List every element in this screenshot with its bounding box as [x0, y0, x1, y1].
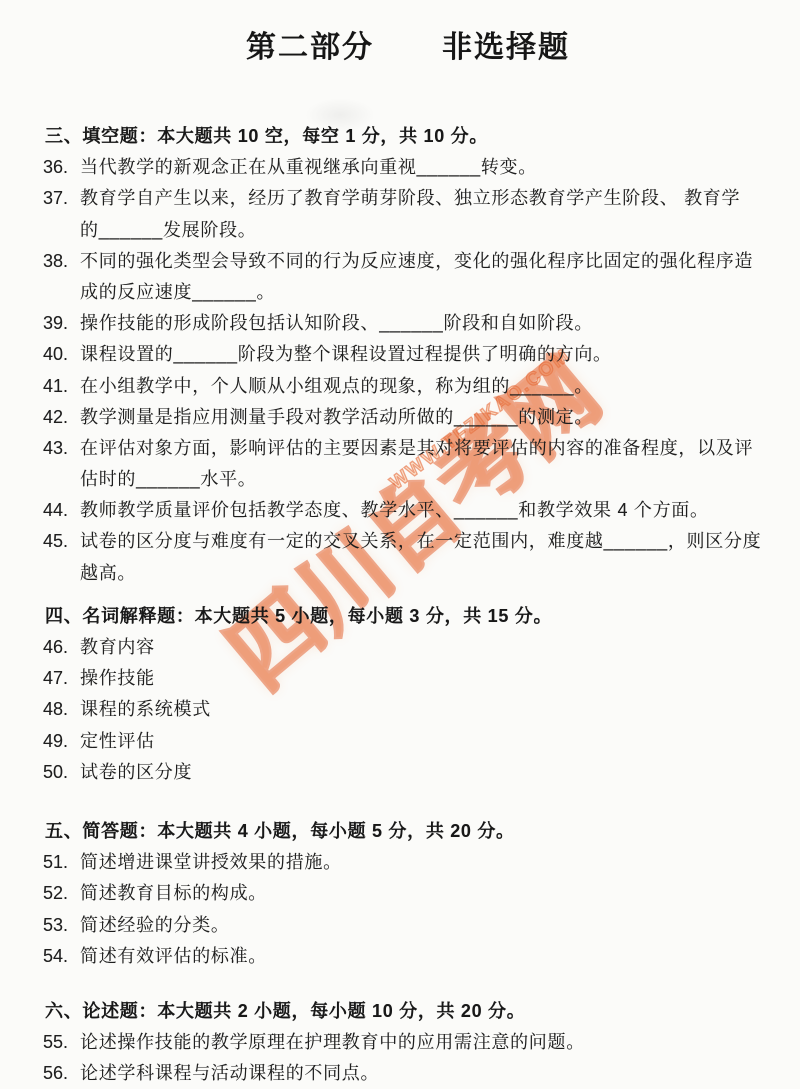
question-line: 论述操作技能的教学原理在护理教育中的应用需注意的问题。: [80, 1027, 800, 1058]
question-line: 操作技能的形成阶段包括认知阶段、______阶段和自如阶段。: [80, 308, 800, 339]
question-number: 48.: [43, 694, 68, 725]
question-line: 在评估对象方面，影响评估的主要因素是其对将要评估的内容的准备程度，以及评: [80, 433, 800, 464]
question-number: 44.: [43, 495, 68, 526]
question-number: 37.: [43, 183, 68, 214]
question-lines: 定性评估: [80, 726, 800, 757]
question-lines: 在小组教学中，个人顺从小组观点的现象，称为组的______。: [80, 371, 800, 402]
question-line: 教育学自产生以来，经历了教育学萌芽阶段、独立形态教育学产生阶段、 教育学: [80, 183, 800, 214]
question-line: 试卷的区分度与难度有一定的交叉关系，在一定范围内，难度越______，则区分度: [80, 526, 800, 557]
question-line: 简述经验的分类。: [80, 910, 800, 941]
question-number: 49.: [43, 726, 68, 757]
question-lines: 不同的强化类型会导致不同的行为反应速度，变化的强化程序比固定的强化程序造成的反应…: [80, 246, 800, 308]
question-number: 56.: [43, 1058, 68, 1089]
question-list: 46. 教育内容 47. 操作技能 48. 课程的系统模式 49. 定性评估 5…: [0, 632, 800, 788]
question-item: 43. 在评估对象方面，影响评估的主要因素是其对将要评估的内容的准备程度，以及评…: [0, 433, 800, 495]
section-heading: 六、论述题：本大题共 2 小题，每小题 10 分，共 20 分。: [0, 996, 800, 1027]
question-item: 50. 试卷的区分度: [0, 757, 800, 788]
question-item: 40. 课程设置的______阶段为整个课程设置过程提供了明确的方向。: [0, 339, 800, 370]
question-item: 49. 定性评估: [0, 726, 800, 757]
question-line: 在小组教学中，个人顺从小组观点的现象，称为组的______。: [80, 371, 800, 402]
question-item: 53. 简述经验的分类。: [0, 910, 800, 941]
question-number: 53.: [43, 910, 68, 941]
sections-container: 三、填空题：本大题共 10 空，每空 1 分，共 10 分。 36. 当代教学的…: [0, 121, 800, 1089]
question-line: 的______发展阶段。: [80, 215, 800, 246]
question-item: 52. 简述教育目标的构成。: [0, 878, 800, 909]
question-item: 54. 简述有效评估的标准。: [0, 941, 800, 972]
question-lines: 简述教育目标的构成。: [80, 878, 800, 909]
question-lines: 教育内容: [80, 632, 800, 663]
question-list: 51. 简述增进课堂讲授效果的措施。 52. 简述教育目标的构成。 53. 简述…: [0, 847, 800, 972]
question-line: 试卷的区分度: [80, 757, 800, 788]
question-number: 47.: [43, 663, 68, 694]
question-item: 51. 简述增进课堂讲授效果的措施。: [0, 847, 800, 878]
question-item: 46. 教育内容: [0, 632, 800, 663]
question-lines: 在评估对象方面，影响评估的主要因素是其对将要评估的内容的准备程度，以及评估时的_…: [80, 433, 800, 495]
question-number: 52.: [43, 878, 68, 909]
question-lines: 简述增进课堂讲授效果的措施。: [80, 847, 800, 878]
question-number: 50.: [43, 757, 68, 788]
section-heading: 四、名词解释题：本大题共 5 小题，每小题 3 分，共 15 分。: [0, 601, 800, 632]
question-item: 37. 教育学自产生以来，经历了教育学萌芽阶段、独立形态教育学产生阶段、 教育学…: [0, 183, 800, 245]
page-title-name: 非选择题: [442, 31, 570, 64]
question-number: 55.: [43, 1027, 68, 1058]
question-number: 43.: [43, 433, 68, 464]
question-item: 39. 操作技能的形成阶段包括认知阶段、______阶段和自如阶段。: [0, 308, 800, 339]
exam-section: 三、填空题：本大题共 10 空，每空 1 分，共 10 分。 36. 当代教学的…: [0, 121, 800, 589]
exam-section: 六、论述题：本大题共 2 小题，每小题 10 分，共 20 分。 55. 论述操…: [0, 996, 800, 1089]
question-item: 55. 论述操作技能的教学原理在护理教育中的应用需注意的问题。: [0, 1027, 800, 1058]
question-list: 36. 当代教学的新观念正在从重视继承向重视______转变。 37. 教育学自…: [0, 152, 800, 589]
question-line: 定性评估: [80, 726, 800, 757]
question-lines: 简述有效评估的标准。: [80, 941, 800, 972]
question-lines: 当代教学的新观念正在从重视继承向重视______转变。: [80, 152, 800, 183]
exam-section: 四、名词解释题：本大题共 5 小题，每小题 3 分，共 15 分。 46. 教育…: [0, 601, 800, 788]
question-item: 42. 教学测量是指应用测量手段对教学活动所做的______的测定。: [0, 402, 800, 433]
exam-page: WWW.TFZIKAO.COM 四川自考网 第二部分非选择题 三、填空题：本大题…: [0, 0, 800, 1089]
question-lines: 试卷的区分度: [80, 757, 800, 788]
question-number: 40.: [43, 339, 68, 370]
question-line: 估时的______水平。: [80, 464, 800, 495]
question-list: 55. 论述操作技能的教学原理在护理教育中的应用需注意的问题。 56. 论述学科…: [0, 1027, 800, 1089]
question-item: 36. 当代教学的新观念正在从重视继承向重视______转变。: [0, 152, 800, 183]
question-item: 47. 操作技能: [0, 663, 800, 694]
question-lines: 课程的系统模式: [80, 694, 800, 725]
question-number: 51.: [43, 847, 68, 878]
question-line: 不同的强化类型会导致不同的行为反应速度，变化的强化程序比固定的强化程序造: [80, 246, 800, 277]
question-lines: 课程设置的______阶段为整个课程设置过程提供了明确的方向。: [80, 339, 800, 370]
question-line: 越高。: [80, 558, 800, 589]
question-lines: 教育学自产生以来，经历了教育学萌芽阶段、独立形态教育学产生阶段、 教育学的___…: [80, 183, 800, 245]
question-line: 简述有效评估的标准。: [80, 941, 800, 972]
question-number: 46.: [43, 632, 68, 663]
section-heading: 三、填空题：本大题共 10 空，每空 1 分，共 10 分。: [0, 121, 800, 152]
question-lines: 论述操作技能的教学原理在护理教育中的应用需注意的问题。: [80, 1027, 800, 1058]
question-lines: 教师教学质量评价包括教学态度、教学水平、______和教学效果 4 个方面。: [80, 495, 800, 526]
question-number: 41.: [43, 371, 68, 402]
question-number: 36.: [43, 152, 68, 183]
question-item: 38. 不同的强化类型会导致不同的行为反应速度，变化的强化程序比固定的强化程序造…: [0, 246, 800, 308]
question-item: 48. 课程的系统模式: [0, 694, 800, 725]
question-line: 课程设置的______阶段为整个课程设置过程提供了明确的方向。: [80, 339, 800, 370]
question-lines: 操作技能: [80, 663, 800, 694]
question-line: 教师教学质量评价包括教学态度、教学水平、______和教学效果 4 个方面。: [80, 495, 800, 526]
section-heading: 五、简答题：本大题共 4 小题，每小题 5 分，共 20 分。: [0, 816, 800, 847]
question-line: 简述教育目标的构成。: [80, 878, 800, 909]
question-line: 论述学科课程与活动课程的不同点。: [80, 1058, 800, 1089]
question-lines: 操作技能的形成阶段包括认知阶段、______阶段和自如阶段。: [80, 308, 800, 339]
question-number: 42.: [43, 402, 68, 433]
question-item: 41. 在小组教学中，个人顺从小组观点的现象，称为组的______。: [0, 371, 800, 402]
page-title-part: 第二部分: [246, 31, 374, 64]
question-line: 教学测量是指应用测量手段对教学活动所做的______的测定。: [80, 402, 800, 433]
exam-section: 五、简答题：本大题共 4 小题，每小题 5 分，共 20 分。 51. 简述增进…: [0, 816, 800, 972]
question-number: 45.: [43, 526, 68, 557]
question-line: 教育内容: [80, 632, 800, 663]
question-item: 45. 试卷的区分度与难度有一定的交叉关系，在一定范围内，难度越______，则…: [0, 526, 800, 588]
exam-content: 第二部分非选择题 三、填空题：本大题共 10 空，每空 1 分，共 10 分。 …: [0, 0, 800, 1089]
question-line: 当代教学的新观念正在从重视继承向重视______转变。: [80, 152, 800, 183]
question-lines: 论述学科课程与活动课程的不同点。: [80, 1058, 800, 1089]
question-line: 成的反应速度______。: [80, 277, 800, 308]
question-item: 44. 教师教学质量评价包括教学态度、教学水平、______和教学效果 4 个方…: [0, 495, 800, 526]
question-number: 54.: [43, 941, 68, 972]
question-line: 简述增进课堂讲授效果的措施。: [80, 847, 800, 878]
page-title: 第二部分非选择题: [8, 0, 800, 66]
question-lines: 教学测量是指应用测量手段对教学活动所做的______的测定。: [80, 402, 800, 433]
question-lines: 试卷的区分度与难度有一定的交叉关系，在一定范围内，难度越______，则区分度越…: [80, 526, 800, 588]
question-number: 39.: [43, 308, 68, 339]
question-item: 56. 论述学科课程与活动课程的不同点。: [0, 1058, 800, 1089]
question-line: 课程的系统模式: [80, 694, 800, 725]
question-line: 操作技能: [80, 663, 800, 694]
question-number: 38.: [43, 246, 68, 277]
question-lines: 简述经验的分类。: [80, 910, 800, 941]
